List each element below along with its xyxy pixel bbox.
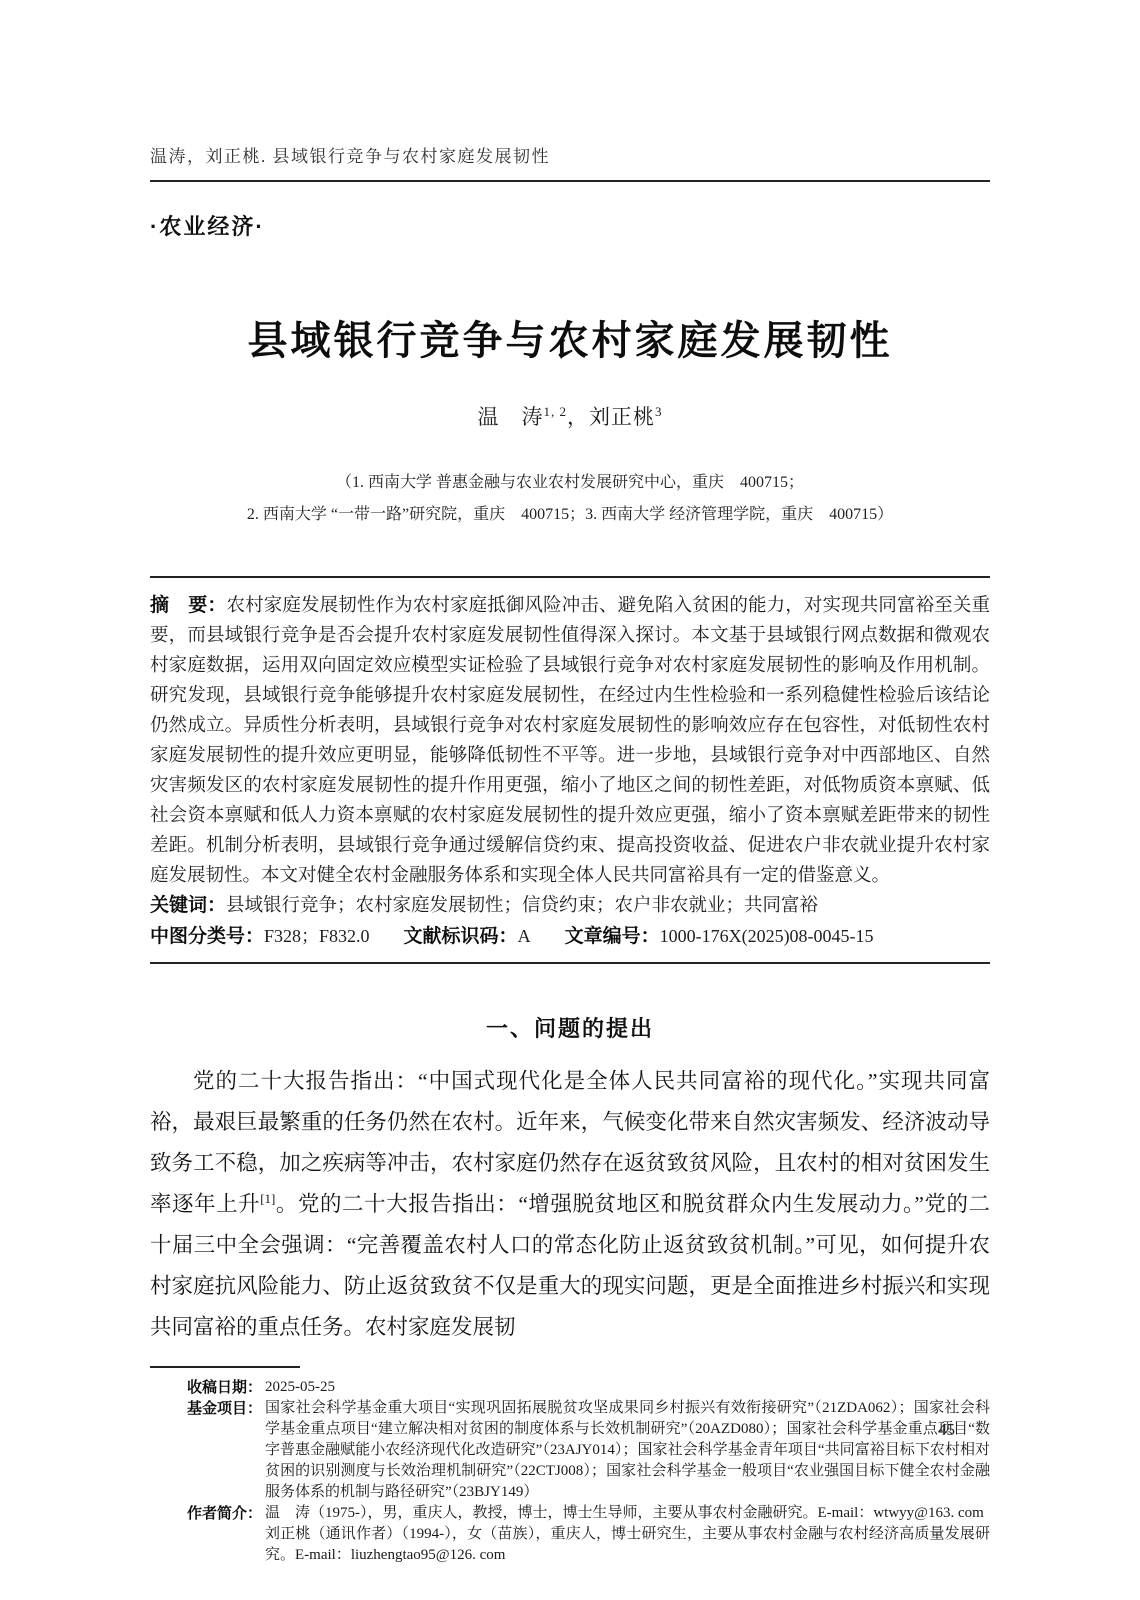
abstract-text: 农村家庭发展韧性作为农村家庭抵御风险冲击、避免陷入贫困的能力，对实现共同富裕至关…: [150, 596, 990, 886]
journal-page: 温涛，刘正桃. 县域银行竞争与农村家庭发展韧性 ·农业经济· 县域银行竞争与农村…: [0, 0, 1140, 1600]
abstract-label: 摘 要：: [150, 595, 227, 616]
affiliations: （1. 西南大学 普惠金融与农业农村发展研究中心，重庆 400715； 2. 西…: [150, 467, 990, 531]
section-heading: 一、问题的提出: [150, 1014, 990, 1044]
author-name-2: 刘正桃: [589, 405, 655, 429]
citation-superscript: [1]: [260, 1191, 275, 1206]
clc-group: 中图分类号：F328；F832.0: [150, 926, 370, 946]
doc-code-value: A: [518, 926, 531, 946]
author-bio-label: 作者简介：: [187, 1503, 262, 1524]
author-1-superscript: 1, 2: [544, 404, 568, 419]
classification-line: 中图分类号：F328；F832.0文献标识码：A文章编号：1000-176X(2…: [150, 921, 990, 952]
column-section-label: ·农业经济·: [150, 215, 990, 239]
affiliation-line-2: 2. 西南大学 “一带一路”研究院，重庆 400715；3. 西南大学 经济管理…: [150, 499, 990, 531]
footnote-separator-rule: [150, 1366, 300, 1368]
footnote-received-date: 收稿日期：2025-05-25: [187, 1377, 990, 1398]
body-paragraph: 党的二十大报告指出：“中国式现代化是全体人民共同富裕的现代化。”实现共同富裕，最…: [150, 1061, 990, 1348]
footnotes-block: 收稿日期：2025-05-25 基金项目：国家社会科学基金重大项目“实现巩固拓展…: [187, 1377, 990, 1566]
page-number: 45: [938, 1420, 955, 1440]
affiliation-line-1: （1. 西南大学 普惠金融与农业农村发展研究中心，重庆 400715；: [150, 467, 990, 499]
body-text-after-citation: 。党的二十大报告指出：“增强脱贫地区和脱贫群众内生发展动力。”党的二十届三中全会…: [150, 1192, 990, 1339]
author-bio-1: 温 涛（1975-），男，重庆人，教授，博士，博士生导师，主要从事农村金融研究。…: [265, 1505, 984, 1521]
article-id-value: 1000-176X(2025)08-0045-15: [660, 926, 874, 946]
page-content: 温涛，刘正桃. 县域银行竞争与农村家庭发展韧性 ·农业经济· 县域银行竞争与农村…: [150, 0, 990, 1566]
clc-label: 中图分类号：: [150, 926, 264, 947]
doc-code-group: 文献标识码：A: [404, 926, 531, 946]
author-2-superscript: 3: [655, 404, 663, 419]
doc-code-label: 文献标识码：: [404, 926, 518, 947]
keywords-label: 关键词：: [150, 895, 226, 916]
received-date-value: 2025-05-25: [265, 1379, 335, 1395]
running-head: 温涛，刘正桃. 县域银行竞争与农村家庭发展韧性: [150, 0, 990, 182]
keywords-text: 县域银行竞争；农村家庭发展韧性；信贷约束；农户非农就业；共同富裕: [226, 896, 818, 916]
clc-value: F328；F832.0: [264, 926, 370, 946]
article-id-label: 文章编号：: [565, 926, 660, 947]
fund-projects-label: 基金项目：: [187, 1398, 262, 1419]
keywords-line: 关键词：县域银行竞争；农村家庭发展韧性；信贷约束；农户非农就业；共同富裕: [150, 891, 990, 921]
footnote-fund-projects: 基金项目：国家社会科学基金重大项目“实现巩固拓展脱贫攻坚成果同乡村振兴有效衔接研…: [187, 1398, 990, 1503]
footnote-author-bio: 作者简介： 温 涛（1975-），男，重庆人，教授，博士，博士生导师，主要从事农…: [187, 1503, 990, 1566]
article-id-group: 文章编号：1000-176X(2025)08-0045-15: [565, 926, 874, 946]
author-bio-2: 刘正桃（通讯作者）（1994-），女（苗族），重庆人，博士研究生，主要从事农村金…: [265, 1524, 990, 1566]
abstract-paragraph: 摘 要：农村家庭发展韧性作为农村家庭抵御风险冲击、避免陷入贫困的能力，对实现共同…: [150, 591, 990, 891]
fund-projects-value: 国家社会科学基金重大项目“实现巩固拓展脱贫攻坚成果同乡村振兴有效衔接研究”（21…: [265, 1400, 990, 1500]
received-date-label: 收稿日期：: [187, 1377, 262, 1398]
abstract-block: 摘 要：农村家庭发展韧性作为农村家庭抵御风险冲击、避免陷入贫困的能力，对实现共同…: [150, 576, 990, 964]
author-separator: ，: [567, 405, 589, 429]
article-title: 县域银行竞争与农村家庭发展韧性: [150, 315, 990, 367]
authors-line: 温 涛1, 2，刘正桃3: [150, 403, 990, 431]
author-name-1: 温 涛: [478, 405, 544, 429]
